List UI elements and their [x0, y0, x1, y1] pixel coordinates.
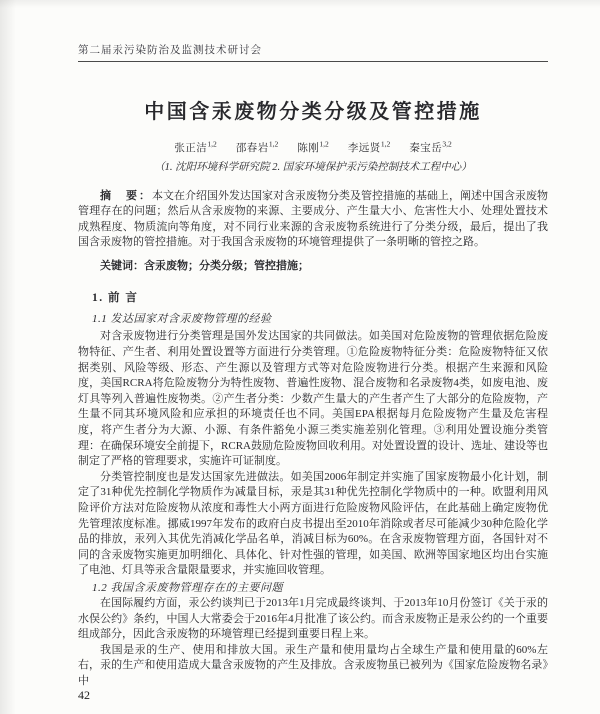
section-heading-1: 1. 前 言: [92, 289, 548, 305]
author: 秦宝岳3,2: [409, 143, 451, 154]
author-name: 陈刚: [297, 143, 319, 154]
author-name: 邵春岩: [236, 143, 269, 154]
scan-edge-shadow: [0, 0, 16, 714]
abstract: 摘 要：本文在介绍国外发达国家对含汞废物分类及管控措施的基础上，阐述中国含汞废物…: [78, 189, 548, 251]
page-content: 第二届汞污染防治及监测技术研讨会 中国含汞废物分类分级及管控措施 张正洁1,2 …: [78, 42, 548, 690]
paragraph: 我国是汞的生产、使用和排放大国。汞生产量和使用量均占全球生产量和使用量的60%左…: [78, 643, 548, 690]
keywords-label: 关键词：: [100, 260, 144, 272]
author-name: 秦宝岳: [409, 143, 442, 154]
paragraph: 对含汞废物进行分类管理是国外发达国家的共同做法。如美国对危险废物的管理依据危险废…: [78, 329, 548, 469]
author-line: 张正洁1,2 邵春岩1,2 陈刚1,2 李远贤1,2 秦宝岳3,2: [78, 139, 548, 155]
paragraph: 分类管控制度也是发达国家先进做法。如美国2006年制定并实施了国家废物最小化计划…: [78, 470, 548, 579]
author: 张正洁1,2: [174, 143, 216, 154]
author: 邵春岩1,2: [236, 143, 278, 154]
affiliation: （1. 沈阳环境科学研究院 2. 国家环境保护汞污染控制技术工程中心）: [78, 159, 548, 174]
author-name: 张正洁: [174, 143, 207, 154]
author: 李远贤1,2: [348, 143, 390, 154]
author-superscript: 1,2: [381, 139, 390, 148]
author: 陈刚1,2: [297, 143, 328, 154]
scan-top-shadow: [0, 0, 600, 8]
keywords: 关键词：含汞废物；分类分级；管控措施；: [78, 259, 548, 275]
paragraph: 在国际履约方面，汞公约谈判已于2013年1月完成最终谈判、于2013年10月份签…: [78, 596, 548, 643]
scanned-paper-page: 第二届汞污染防治及监测技术研讨会 中国含汞废物分类分级及管控措施 张正洁1,2 …: [0, 0, 600, 714]
author-superscript: 1,2: [319, 139, 328, 148]
author-name: 李远贤: [348, 143, 381, 154]
keywords-text: 含汞废物；分类分级；管控措施；: [144, 260, 309, 272]
section-heading-1-1: 1.1 发达国家对含汞废物管理的经验: [92, 310, 548, 326]
author-superscript: 1,2: [207, 139, 216, 148]
paper-title: 中国含汞废物分类分级及管控措施: [78, 95, 548, 124]
conference-header: 第二届汞污染防治及监测技术研讨会: [78, 42, 548, 62]
author-superscript: 3,2: [442, 139, 451, 148]
page-number: 42: [78, 688, 90, 703]
author-superscript: 1,2: [269, 139, 278, 148]
section-heading-1-2: 1.2 我国含汞废物管理存在的主要问题: [92, 579, 548, 595]
abstract-label: 摘 要：: [100, 190, 152, 202]
